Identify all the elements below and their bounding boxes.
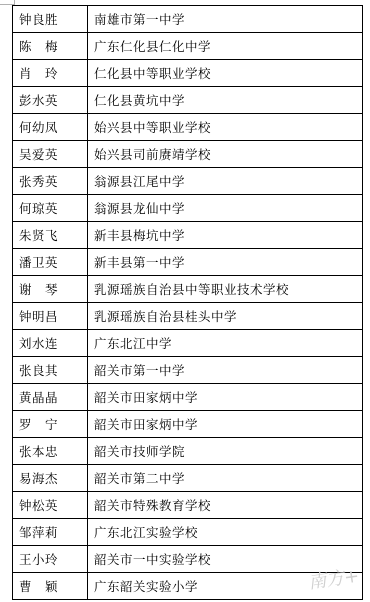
table-row: 吴爱英始兴县司前赓靖学校 — [13, 141, 363, 168]
table-row: 张秀英翁源县江尾中学 — [13, 168, 363, 195]
table-row: 钟明昌乳源瑶族自治县桂头中学 — [13, 303, 363, 330]
teacher-name-cell: 邹萍莉 — [13, 519, 88, 546]
school-name-cell: 广东韶关实验小学 — [88, 573, 363, 600]
table-row: 张良其韶关市第一中学 — [13, 357, 363, 384]
table-row: 邹萍莉广东北江实验学校 — [13, 519, 363, 546]
school-name-cell: 仁化县中等职业学校 — [88, 60, 363, 87]
school-name-cell: 翁源县江尾中学 — [88, 168, 363, 195]
school-name-cell: 韶关市第一中学 — [88, 357, 363, 384]
teacher-name-cell: 钟松英 — [13, 492, 88, 519]
teacher-name-cell: 曹 颖 — [13, 573, 88, 600]
table-row: 潘卫英新丰县第一中学 — [13, 249, 363, 276]
teacher-name-cell: 肖 玲 — [13, 60, 88, 87]
roster-table: 钟良胜南雄市第一中学陈 梅广东仁化县仁化中学肖 玲仁化县中等职业学校彭水英仁化县… — [12, 5, 363, 600]
table-row: 钟良胜南雄市第一中学 — [13, 6, 363, 33]
teacher-name-cell: 张本忠 — [13, 438, 88, 465]
school-name-cell: 韶关市田家炳中学 — [88, 411, 363, 438]
table-row: 朱贤飞新丰县梅坑中学 — [13, 222, 363, 249]
teacher-name-cell: 彭水英 — [13, 87, 88, 114]
roster-table-body: 钟良胜南雄市第一中学陈 梅广东仁化县仁化中学肖 玲仁化县中等职业学校彭水英仁化县… — [13, 6, 363, 600]
school-name-cell: 韶关市田家炳中学 — [88, 384, 363, 411]
school-name-cell: 广东北江中学 — [88, 330, 363, 357]
table-row: 张本忠韶关市技师学院 — [13, 438, 363, 465]
school-name-cell: 韶关市特殊教育学校 — [88, 492, 363, 519]
school-name-cell: 韶关市一中实验学校 — [88, 546, 363, 573]
teacher-name-cell: 王小玲 — [13, 546, 88, 573]
school-name-cell: 广东仁化县仁化中学 — [88, 33, 363, 60]
teacher-name-cell: 何琼英 — [13, 195, 88, 222]
teacher-name-cell: 谢 琴 — [13, 276, 88, 303]
teacher-name-cell: 钟良胜 — [13, 6, 88, 33]
teacher-name-cell: 吴爱英 — [13, 141, 88, 168]
teacher-name-cell: 何幼凤 — [13, 114, 88, 141]
school-name-cell: 广东北江实验学校 — [88, 519, 363, 546]
table-row: 何幼凤始兴县中等职业学校 — [13, 114, 363, 141]
table-row: 钟松英韶关市特殊教育学校 — [13, 492, 363, 519]
table-row: 易海杰韶关市第二中学 — [13, 465, 363, 492]
table-row: 黄晶晶韶关市田家炳中学 — [13, 384, 363, 411]
school-name-cell: 韶关市第二中学 — [88, 465, 363, 492]
school-name-cell: 南雄市第一中学 — [88, 6, 363, 33]
table-row: 陈 梅广东仁化县仁化中学 — [13, 33, 363, 60]
teacher-name-cell: 潘卫英 — [13, 249, 88, 276]
table-row: 王小玲韶关市一中实验学校 — [13, 546, 363, 573]
teacher-name-cell: 陈 梅 — [13, 33, 88, 60]
teacher-name-cell: 钟明昌 — [13, 303, 88, 330]
school-name-cell: 新丰县梅坑中学 — [88, 222, 363, 249]
school-name-cell: 仁化县黄坑中学 — [88, 87, 363, 114]
teacher-name-cell: 张秀英 — [13, 168, 88, 195]
school-name-cell: 翁源县龙仙中学 — [88, 195, 363, 222]
school-name-cell: 始兴县中等职业学校 — [88, 114, 363, 141]
teacher-name-cell: 易海杰 — [13, 465, 88, 492]
table-row: 谢 琴乳源瑶族自治县中等职业技术学校 — [13, 276, 363, 303]
table-row: 罗 宁韶关市田家炳中学 — [13, 411, 363, 438]
table-row: 何琼英翁源县龙仙中学 — [13, 195, 363, 222]
table-row: 肖 玲仁化县中等职业学校 — [13, 60, 363, 87]
teacher-name-cell: 张良其 — [13, 357, 88, 384]
school-name-cell: 韶关市技师学院 — [88, 438, 363, 465]
table-row: 刘水连广东北江中学 — [13, 330, 363, 357]
table-row: 曹 颖广东韶关实验小学 — [13, 573, 363, 600]
table-row: 彭水英仁化县黄坑中学 — [13, 87, 363, 114]
teacher-name-cell: 刘水连 — [13, 330, 88, 357]
school-name-cell: 乳源瑶族自治县中等职业技术学校 — [88, 276, 363, 303]
school-name-cell: 乳源瑶族自治县桂头中学 — [88, 303, 363, 330]
school-name-cell: 始兴县司前赓靖学校 — [88, 141, 363, 168]
teacher-name-cell: 黄晶晶 — [13, 384, 88, 411]
teacher-name-cell: 罗 宁 — [13, 411, 88, 438]
teacher-name-cell: 朱贤飞 — [13, 222, 88, 249]
school-name-cell: 新丰县第一中学 — [88, 249, 363, 276]
